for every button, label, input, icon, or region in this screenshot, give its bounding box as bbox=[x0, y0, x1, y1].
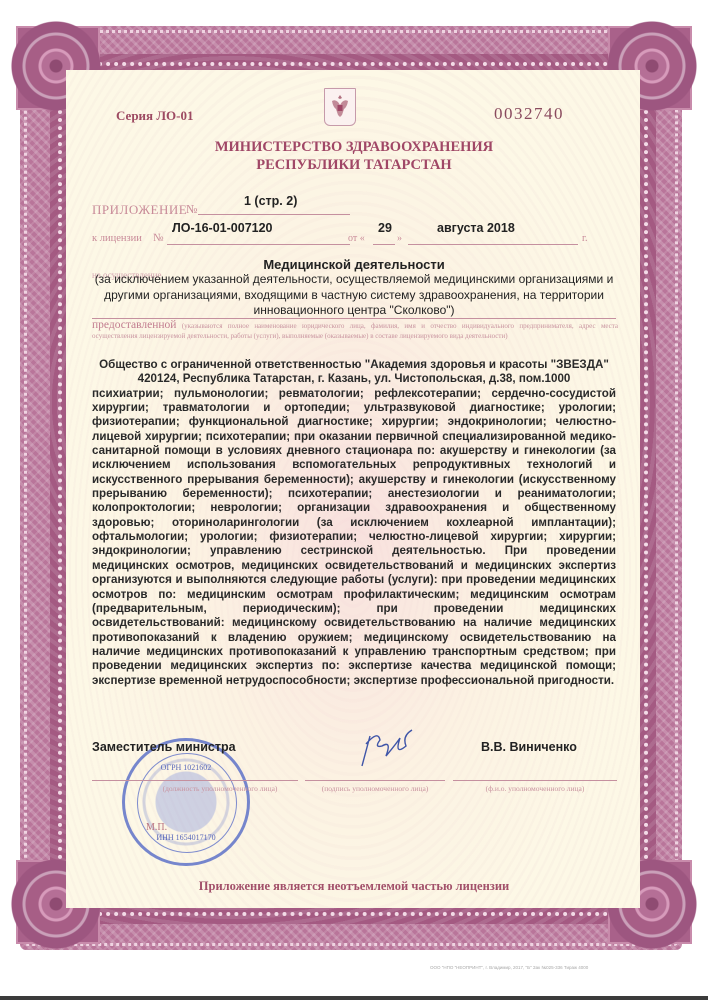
date-month-underline bbox=[408, 244, 578, 245]
scan-edge bbox=[0, 996, 708, 1000]
licensed-services: психиатрии; пульмонологии; ревматологии;… bbox=[92, 387, 616, 688]
activity-note: (за исключением указанной деятельности, … bbox=[92, 272, 616, 319]
name-caption: (ф.и.о. уполномоченного лица) bbox=[453, 784, 617, 793]
date-month-year: августа 2018 bbox=[437, 221, 515, 235]
official-seal: ОГРН 1021602 ИНН 1654017170 bbox=[122, 738, 250, 866]
signature-caption: (подпись уполномоченного лица) bbox=[305, 784, 445, 793]
organization-address: 420124, Республика Татарстан, г. Казань,… bbox=[92, 372, 616, 386]
appendix-label: ПРИЛОЖЕНИЕ bbox=[92, 202, 187, 218]
signature-underline bbox=[305, 780, 445, 781]
activity-title: Медицинской деятельности bbox=[0, 257, 708, 272]
organization-name: Общество с ограниченной ответственностью… bbox=[92, 358, 616, 372]
provided-label: предоставленной bbox=[92, 319, 176, 331]
date-from-label: от « bbox=[348, 233, 365, 244]
license-appendix-page: Серия ЛО-01 0032740 МИНИСТЕРСТВО ЗДРАВОО… bbox=[0, 0, 708, 1000]
date-day-underline bbox=[373, 244, 395, 245]
appendix-number-underline bbox=[198, 214, 350, 215]
appendix-number: 1 (стр. 2) bbox=[244, 194, 297, 208]
license-number-sign: № bbox=[153, 232, 164, 244]
license-label: к лицензии bbox=[92, 233, 142, 244]
signatory-name: В.В. Виниченко bbox=[481, 740, 577, 754]
ministry-heading: МИНИСТЕРСТВО ЗДРАВООХРАНЕНИЯ РЕСПУБЛИКИ … bbox=[0, 138, 708, 174]
licensee-block: Общество с ограниченной ответственностью… bbox=[92, 358, 616, 688]
seal-ogrn: ОГРН 1021602 bbox=[125, 763, 247, 772]
printer-imprint: ООО "НПО "НЕОПРИНТ", г. Владимир, 2017, … bbox=[430, 965, 588, 970]
role-underline bbox=[92, 780, 298, 781]
license-number-underline bbox=[167, 244, 350, 245]
seal-inn: ИНН 1654017170 bbox=[125, 833, 247, 842]
seal-place-mark: М.П. bbox=[146, 822, 167, 833]
series-label: Серия ЛО-01 bbox=[116, 108, 193, 124]
license-number: ЛО-16-01-007120 bbox=[172, 221, 273, 235]
ministry-line-2: РЕСПУБЛИКИ ТАТАРСТАН bbox=[0, 156, 708, 174]
appendix-number-sign: № bbox=[186, 202, 197, 217]
provided-hint-block: предоставленной (указываются полное наим… bbox=[92, 320, 618, 341]
name-underline bbox=[453, 780, 617, 781]
date-day: 29 bbox=[378, 221, 392, 235]
role-caption: (должность уполномоченного лица) bbox=[140, 784, 300, 793]
year-suffix: г. bbox=[582, 233, 587, 244]
date-quote-close: » bbox=[397, 233, 402, 244]
ministry-line-1: МИНИСТЕРСТВО ЗДРАВООХРАНЕНИЯ bbox=[0, 138, 708, 156]
signatory-role: Заместитель министра bbox=[92, 740, 236, 754]
handwritten-signature bbox=[356, 726, 416, 770]
coat-of-arms-icon bbox=[324, 88, 356, 126]
serial-number: 0032740 bbox=[494, 104, 564, 124]
appendix-footer-note: Приложение является неотъемлемой частью … bbox=[0, 879, 708, 894]
